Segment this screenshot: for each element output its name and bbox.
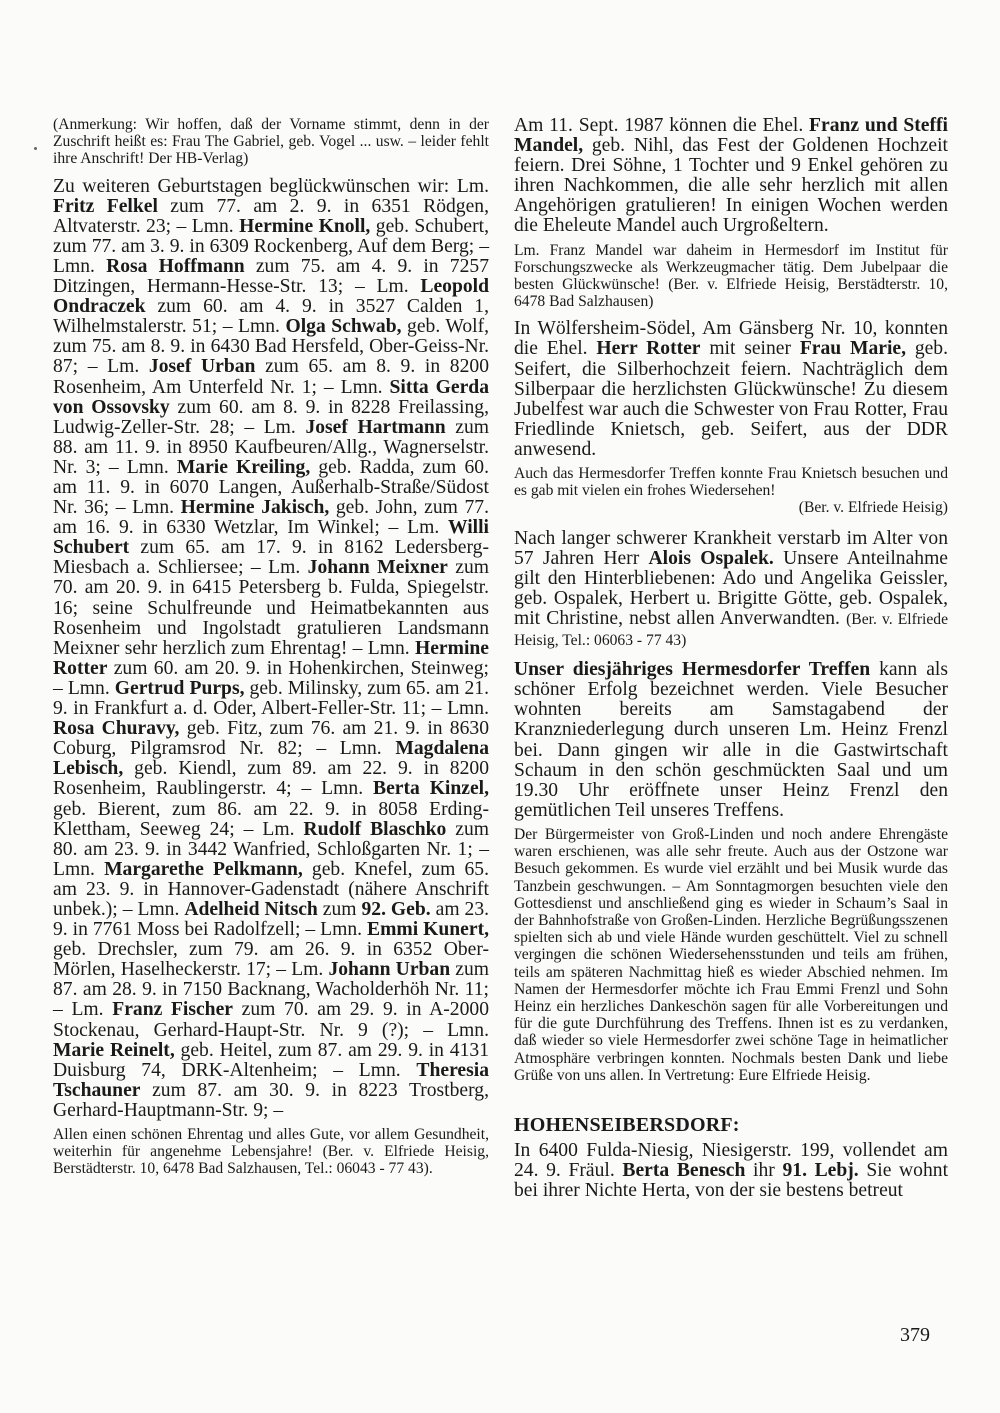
text-run: mit seiner [701, 338, 800, 359]
bold-name: Gertrud Purps, [115, 678, 245, 699]
bold-name: Franz Fischer [112, 999, 233, 1020]
meeting-report: Unser diesjähriges Hermesdorfer Treffen … [514, 660, 948, 821]
bold-name: Johann Meixner [308, 557, 448, 578]
bold-name: Emmi Kunert, [367, 919, 489, 940]
bold-name: Josef Urban [149, 356, 256, 377]
text-run: (Anmerkung: Wir hoffen, daß der Vorname … [53, 116, 489, 167]
text-run: Zu weiteren Geburtstagen beglückwünschen… [53, 176, 489, 197]
bold-name: Rudolf Blaschko [303, 819, 446, 840]
text-run: Am 11. Sept. 1987 können die Ehel. [514, 115, 809, 136]
bold-name: Olga Schwab, [285, 316, 401, 337]
bold-name: 91. Lebj. [782, 1160, 858, 1181]
meeting-report-continued: Der Bürgermeister von Groß-Linden und no… [514, 826, 948, 1084]
bold-name: Rosa Churavy, [53, 718, 179, 739]
bold-name: Marie Reinelt, [53, 1040, 175, 1061]
text-run: Der Bürgermeister von Groß-Linden und no… [514, 826, 948, 1084]
text-run: kann als schöner Erfolg bezeichnet werde… [514, 659, 948, 821]
birthday-closing: Allen einen schönen Ehrentag und alles G… [53, 1126, 489, 1178]
bold-name: Frau Marie, [800, 338, 906, 359]
silver-wedding-credit: (Ber. v. Elfriede Heisig) [514, 499, 948, 516]
text-run: ihr [745, 1160, 782, 1181]
text-run: Allen einen schönen Ehrentag und alles G… [53, 1126, 489, 1177]
bold-name: Unser diesjähriges Hermesdorfer Treffen [514, 659, 870, 680]
bold-name: Rosa Hoffmann [106, 256, 245, 277]
right-column: Am 11. Sept. 1987 können die Ehel. Franz… [514, 116, 948, 1201]
obituary-notice: Nach langer schwerer Krankheit verstarb … [514, 529, 948, 652]
bold-name: Hermine Knoll, [239, 216, 370, 237]
bold-name: Fritz Felkel [53, 196, 158, 217]
bold-name: Marie Kreiling, [177, 457, 310, 478]
bold-name: Alois Ospalek. [649, 548, 774, 569]
golden-wedding-note: Lm. Franz Mandel war daheim in Hermesdor… [514, 242, 948, 311]
text-run: Auch das Hermesdorfer Treffen konnte Fra… [514, 465, 948, 499]
bold-name: Johann Urban [328, 959, 450, 980]
silver-wedding-note: Auch das Hermesdorfer Treffen konnte Fra… [514, 465, 948, 499]
editor-note: (Anmerkung: Wir hoffen, daß der Vorname … [53, 116, 489, 168]
bold-name: Margarethe Pelkmann, [104, 859, 303, 880]
bold-name: Herr Rotter [596, 338, 700, 359]
birthday-list: Zu weiteren Geburtstagen beglückwünschen… [53, 177, 489, 1121]
text-run: (Ber. v. Elfriede Heisig) [799, 499, 948, 516]
left-column: (Anmerkung: Wir hoffen, daß der Vorname … [53, 116, 489, 1178]
bold-name: Berta Benesch [622, 1160, 745, 1181]
bold-name: Berta Kinzel, [373, 778, 489, 799]
bold-name: Adelheid Nitsch [184, 899, 317, 920]
text-run: zum [318, 899, 362, 920]
bold-name: 92. Geb. [361, 899, 430, 920]
silver-wedding-announcement: In Wölfersheim-Södel, Am Gänsberg Nr. 10… [514, 319, 948, 460]
text-run: Lm. Franz Mandel war daheim in Hermesdor… [514, 242, 948, 311]
hohenseibersdorf-birthday: In 6400 Fulda-Niesig, Niesigerstr. 199, … [514, 1141, 948, 1201]
golden-wedding-announcement: Am 11. Sept. 1987 können die Ehel. Franz… [514, 116, 948, 237]
bold-name: Hermine Jakisch, [181, 497, 330, 518]
page-number: 379 [900, 1324, 930, 1347]
bold-name: Josef Hartmann [305, 417, 445, 438]
print-speck [34, 147, 37, 150]
section-heading-hohenseibersdorf: HOHENSEIBERSDORF: [514, 1114, 948, 1136]
